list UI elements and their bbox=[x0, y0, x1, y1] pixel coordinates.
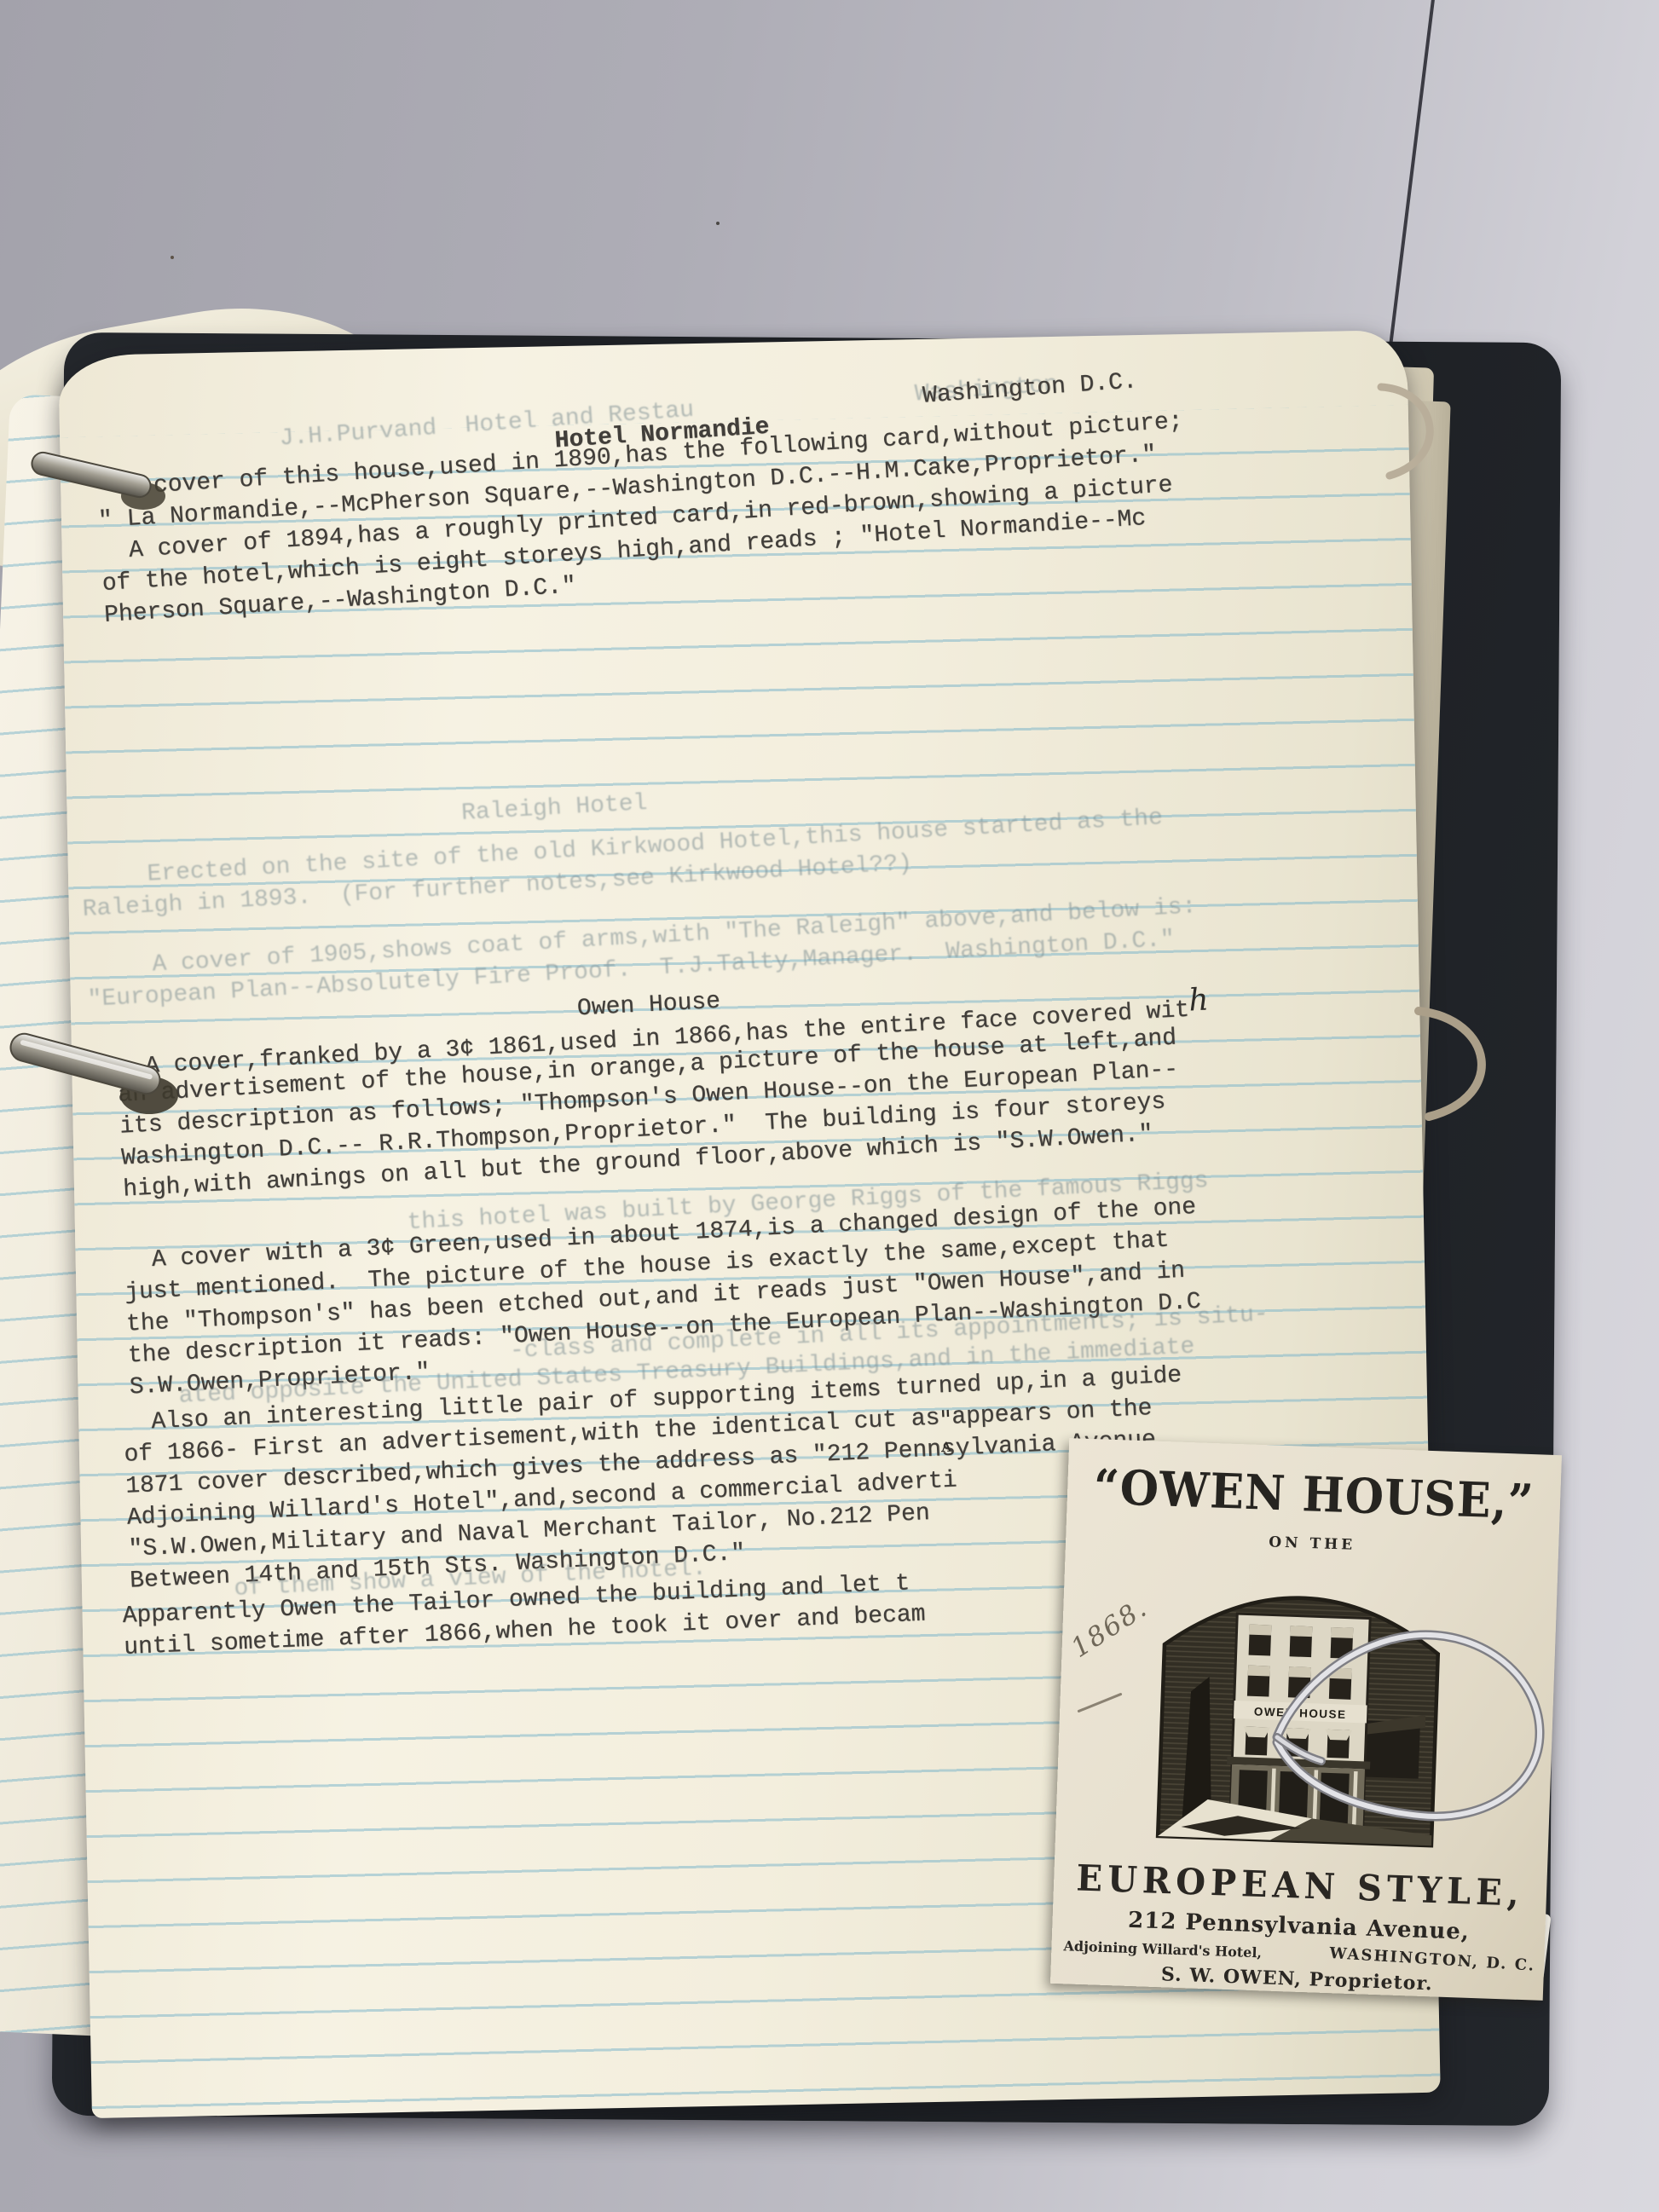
ghost-section-raleigh: Raleigh Hotel Erected on the site of the… bbox=[78, 757, 1199, 1015]
binder-ring-bottom-left bbox=[0, 1006, 205, 1142]
card-subtitle: ON THE bbox=[1066, 1527, 1558, 1561]
handwritten-insert-quote: "ʌ bbox=[940, 1424, 952, 1424]
fabric-specks bbox=[171, 256, 174, 259]
binder-ring-middle-right bbox=[1405, 996, 1516, 1132]
binder-ring-top-right bbox=[1364, 375, 1458, 486]
card-title: “OWEN HOUSE,” bbox=[1066, 1458, 1561, 1532]
paragraph-normandie: A cover of this house,used in 1890,has t… bbox=[95, 406, 1192, 632]
heading-city: Washington D.C. bbox=[922, 366, 1138, 412]
binder-ring-top-left bbox=[15, 426, 186, 537]
wire-clip bbox=[1251, 1608, 1567, 1846]
card-adjoining: Adjoining Willard's Hotel, bbox=[1063, 1938, 1262, 1962]
photo-scene: J.H.Purvand Hotel and RestauWashington H… bbox=[0, 0, 1659, 2212]
fabric-seam bbox=[1384, 0, 1436, 385]
handwritten-h: h bbox=[1188, 982, 1209, 1018]
card-style-line: EUROPEAN STYLE, bbox=[1053, 1857, 1546, 1915]
